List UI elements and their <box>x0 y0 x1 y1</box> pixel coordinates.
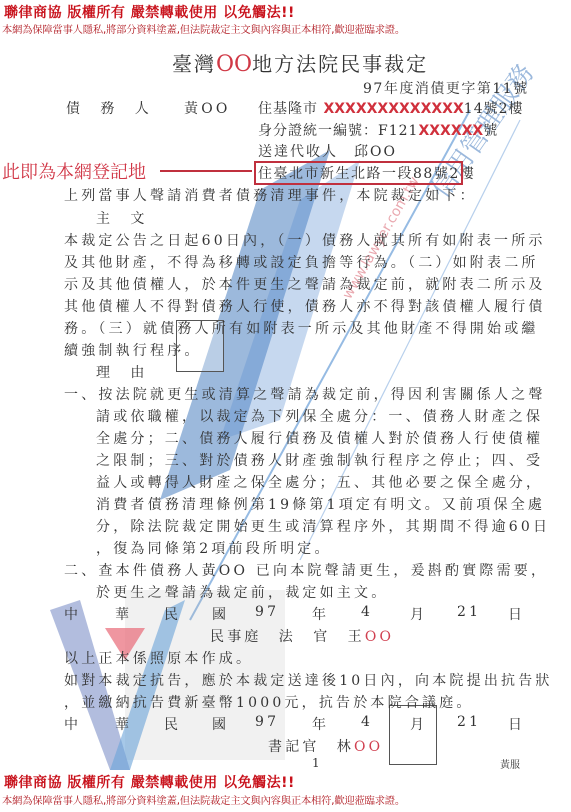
main-heading: 主 文 <box>96 208 148 228</box>
reason-line: 全處分；二、債務人履行債務及債權人對於債務人行使債權 <box>96 428 543 448</box>
intro-text: 上列當事人聲請消費者債務清理事件，本院裁定如下： <box>64 185 477 205</box>
reason-line: 消費者債務清理條例第19條第1項定有明文。又前項保全處 <box>96 494 545 514</box>
main-line: 其他債權人不得對債務人行使，債務人亦不得對該債權人履行債 <box>64 296 546 316</box>
page-number: 1 <box>312 756 323 770</box>
registered-address-highlight <box>254 161 463 185</box>
debtor-address: 住基隆市 XXXXXXXXXXXXX14號2樓 <box>258 98 524 118</box>
main-line: 續強制執行程序。 <box>64 340 202 360</box>
reason-line: 請或依職權，以裁定為下列保全處分：一、債務人財產之保 <box>96 406 543 426</box>
main-line: 示及其他債權人，於本件更生之聲請為裁定前，就附表二所示及 <box>64 274 546 294</box>
reason-heading: 理 由 <box>96 362 148 382</box>
copy-note: 以上正本係照原本作成。 <box>64 648 253 668</box>
reason-line: 分，除法院裁定開始更生或清算程序外，其期間不得逾60日 <box>96 516 550 536</box>
debtor-id: 身分證統一編號：F121XXXXXX號 <box>258 120 498 140</box>
document-title: 臺灣OO地方法院民事裁定 <box>172 48 428 77</box>
footer-mark: 黃服 <box>500 756 520 771</box>
copyright-title: 聯律商協 版權所有 嚴禁轉載使用 以免觸法!! <box>4 2 295 22</box>
reason-line: 之限制；三、對於債務人財產強制執行程序之停止；四、受 <box>96 450 543 470</box>
appeal-line: ，並繳納抗告費新臺幣1000元，抗告於本院合議庭。 <box>64 692 474 712</box>
main-line: 及其他財產，不得為移轉或設定負擔等行為。（二）如附表二所 <box>64 252 539 272</box>
reason-line: 益人或轉得人財產之保全處分；五、其他必要之保全處分， <box>96 472 543 492</box>
copyright-banner-bottom: 聯律商協 版權所有 嚴禁轉載使用 以免觸法!! 本網為保障當事人隱私,將部分資料… <box>0 770 571 812</box>
agent-row: 送達代收人 邱OO <box>258 141 397 161</box>
annotation-pointer-line <box>160 170 252 172</box>
debtor-label: 債 務 人 <box>66 98 152 118</box>
privacy-notice: 本網為保障當事人隱私,將部分資料塗蓋,但法院裁定主文與內容與正本相符,歡迎蒞臨求… <box>2 792 405 807</box>
main-line: 本裁定公告之日起60日內，（一）債務人就其所有如附表一所示 <box>64 230 546 250</box>
reason-line: 於更生之聲請為裁定前，裁定如主文。 <box>96 582 388 602</box>
reason-line: ，復為同條第2項前段所明定。 <box>96 538 332 558</box>
appeal-line: 如對本裁定抗告，應於本裁定送達後10日內，向本院提出抗告狀 <box>64 670 553 690</box>
reason-line: 一、按法院就更生或清算之聲請為裁定前，得因利害關係人之聲 <box>64 384 546 404</box>
judge-signature: 民事庭 法 官 王OO <box>210 626 394 646</box>
debtor-name: 黃OO <box>184 98 231 118</box>
main-line: 務。（三）就債務人所有如附表一所示及其他財產不得開始或繼 <box>64 318 539 338</box>
privacy-notice: 本網為保障當事人隱私,將部分資料塗蓋,但法院裁定主文與內容與正本相符,歡迎蒞臨求… <box>2 21 405 36</box>
copyright-title: 聯律商協 版權所有 嚴禁轉載使用 以免觸法!! <box>4 772 295 792</box>
registered-address-annotation: 此即為本網登記地 <box>2 158 146 184</box>
clerk-signature: 書記官 林OO <box>268 736 383 756</box>
case-number: 97年度消債更字第11號 <box>363 78 529 98</box>
reason-line: 二、查本件債務人黃OO 已向本院聲請更生，爰斟酌實際需要， <box>64 560 548 580</box>
copyright-banner-top: 聯律商協 版權所有 嚴禁轉載使用 以免觸法!! 本網為保障當事人隱私,將部分資料… <box>0 0 571 40</box>
